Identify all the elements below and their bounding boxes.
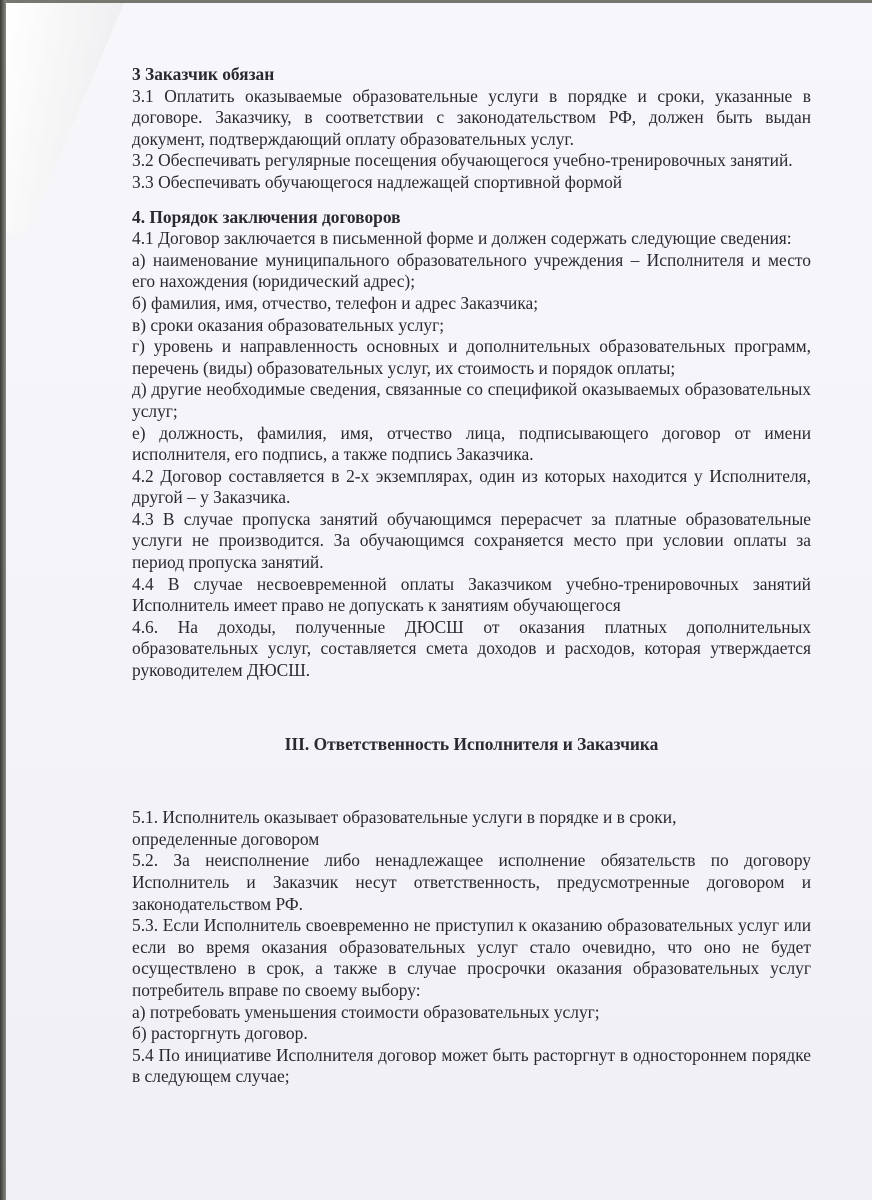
list-item-5-a: а) потребовать уменьшения стоимости обра… — [132, 1002, 811, 1024]
list-item-b: б) фамилия, имя, отчество, телефон и адр… — [132, 293, 811, 315]
paragraph-5-2: 5.2. За неисполнение либо ненадлежащее и… — [132, 850, 811, 915]
paragraph-4-6: 4.6. На доходы, полученные ДЮСШ от оказа… — [132, 617, 811, 682]
spacer — [132, 194, 811, 207]
paragraph-5-3: 5.3. Если Исполнитель своевременно не пр… — [132, 915, 811, 1001]
paragraph-4-1: 4.1 Договор заключается в письменной фор… — [132, 228, 811, 250]
list-item-a: а) наименование муниципального образоват… — [132, 250, 811, 293]
section-3-heading: 3 Заказчик обязан — [132, 64, 811, 86]
paragraph-4-4: 4.4 В случае несвоевременной оплаты Зака… — [132, 574, 811, 617]
document-body: 3 Заказчик обязан 3.1 Оплатить оказываем… — [132, 64, 811, 1088]
section-4-heading: 4. Порядок заключения договоров — [132, 207, 811, 229]
list-item-g: г) уровень и направленность основных и д… — [132, 336, 811, 379]
paragraph-4-2: 4.2 Договор составляется в 2-х экземпляр… — [132, 466, 811, 509]
list-item-v: в) сроки оказания образовательных услуг; — [132, 315, 811, 337]
list-item-d: д) другие необходимые сведения, связанны… — [132, 379, 811, 422]
list-item-5-b: б) расторгнуть договор. — [132, 1023, 811, 1045]
paragraph-3-2: 3.2 Обеспечивать регулярные посещения об… — [132, 150, 811, 172]
paragraph-5-4: 5.4 По инициативе Исполнителя договор мо… — [132, 1045, 811, 1088]
spacer — [132, 682, 811, 734]
spacer — [132, 755, 811, 807]
paragraph-3-3: 3.3 Обеспечивать обучающегося надлежащей… — [132, 172, 811, 194]
paragraph-3-1: 3.1 Оплатить оказываемые образовательные… — [132, 86, 811, 151]
section-iii-title: III. Ответственность Исполнителя и Заказ… — [132, 734, 811, 756]
paragraph-4-3: 4.3 В случае пропуска занятий обучающимс… — [132, 509, 811, 574]
paragraph-5-1: 5.1. Исполнитель оказывает образовательн… — [132, 807, 752, 850]
list-item-e: е) должность, фамилия, имя, отчество лиц… — [132, 423, 811, 466]
